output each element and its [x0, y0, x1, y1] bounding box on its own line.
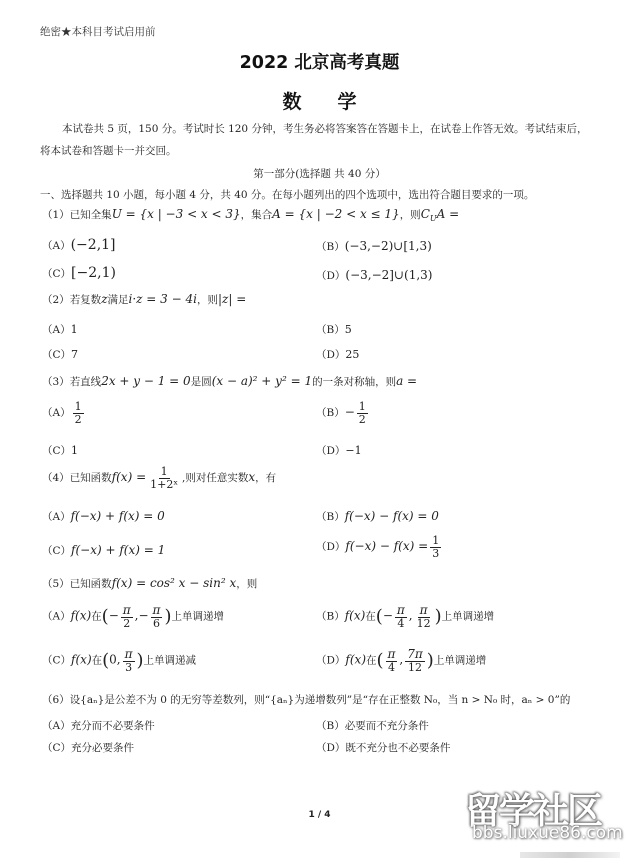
stem-text: 在: [366, 655, 377, 667]
option-text: (−2,1]: [71, 237, 116, 253]
instructions-line-1: 本试卷共 5 页，150 分。考试时长 120 分钟，考生务必将答案答在答题卡上…: [62, 121, 587, 136]
math-sign: −: [109, 609, 119, 623]
fraction: 12: [357, 401, 368, 425]
question-6-option-b: （B）必要而不充分条件: [316, 718, 429, 733]
question-3-option-b: （B）−12: [316, 401, 370, 425]
stem-text: 若复数: [70, 294, 102, 306]
option-label: （C）: [42, 445, 71, 457]
fraction: 13: [430, 535, 441, 559]
paren-open: (: [376, 606, 383, 627]
stem-text: 在: [91, 611, 102, 623]
numerator: 1: [73, 401, 84, 414]
fraction: π6: [151, 604, 163, 629]
option-label: （B）: [316, 241, 345, 253]
comma: ,: [409, 609, 413, 623]
numerator: 1: [430, 535, 441, 548]
option-label: （B）: [316, 720, 345, 732]
paren-close: ): [427, 650, 434, 671]
question-number: （5）: [42, 578, 70, 590]
question-number: （4）: [42, 472, 70, 484]
question-5-option-a: （A）f(x)在(−π2,−π6)上单调递增: [42, 604, 224, 629]
stem-text: 上单调递减: [144, 655, 197, 667]
option-label: （B）: [316, 407, 345, 419]
math-expression: f(x) =: [112, 470, 146, 484]
math-value: 0: [109, 653, 117, 667]
paren-close: ): [137, 650, 144, 671]
question-number: （2）: [42, 294, 70, 306]
question-number: （3）: [42, 376, 70, 388]
math-sign: −: [138, 609, 148, 623]
paren-open: (: [377, 650, 384, 671]
option-label: （A）: [42, 407, 71, 419]
comma: ,: [117, 653, 121, 667]
question-2-option-d: （D）25: [316, 347, 359, 362]
math-expression: C: [421, 207, 430, 221]
numerator: π: [151, 604, 163, 618]
option-label: （A）: [42, 324, 71, 336]
option-text: 7: [71, 348, 78, 361]
section-intro: 一、选择题共 10 小题，每小题 4 分，共 40 分。在每小题列出的四个选项中…: [40, 187, 534, 202]
option-label: （D）: [316, 541, 345, 553]
fraction: π4: [386, 648, 398, 673]
question-2-stem: （2）若复数z满足i·z = 3 − 4i，则|z| =: [42, 292, 246, 307]
numerator: π: [121, 604, 133, 618]
part-heading: 第一部分(选择题 共 40 分）: [0, 166, 639, 181]
option-label: （D）: [316, 349, 345, 361]
stem-text: 是圆: [191, 376, 212, 388]
denominator: 12: [415, 618, 433, 630]
option-label: （A）: [42, 240, 71, 252]
option-text: (−3,−2)∪[1,3): [345, 239, 432, 253]
question-6-option-a: （A）充分而不必要条件: [42, 718, 155, 733]
option-label: （D）: [316, 445, 345, 457]
stem-text: 在: [365, 611, 376, 623]
stem-text: 已知函数: [70, 578, 112, 590]
question-4-stem: （4）已知函数f(x) =11+2ˣ,则对任意实数x，有: [42, 466, 276, 490]
stem-text: ，有: [255, 472, 276, 484]
option-label: （C）: [42, 349, 71, 361]
numerator: π: [418, 604, 430, 618]
fraction: π12: [415, 604, 433, 629]
option-label: （B）: [316, 511, 345, 523]
fraction: π4: [395, 604, 407, 629]
math-sign: −: [383, 609, 393, 623]
option-text: f(−x) − f(x) = 0: [345, 509, 439, 523]
numerator: 1: [159, 466, 170, 479]
question-6-option-d: （D）既不充分也不必要条件: [316, 740, 450, 755]
option-text: f(−x) + f(x) = 0: [71, 509, 165, 523]
option-label: （C）: [42, 268, 71, 280]
math-expression: a =: [396, 374, 417, 388]
denominator: 3: [123, 662, 134, 674]
stem-text: 在: [92, 655, 103, 667]
math-expression: f(x): [71, 653, 92, 667]
subject-title: 数学: [0, 87, 639, 114]
option-label: （B）: [316, 324, 345, 336]
question-1-option-a: （A）(−2,1]: [42, 237, 116, 253]
math-expression: |z| =: [218, 292, 246, 306]
math-expression: 2x + y − 1 = 0: [101, 374, 191, 388]
stem-text: 已知函数: [70, 472, 112, 484]
denominator: 3: [430, 548, 441, 560]
question-4-option-c: （C）f(−x) + f(x) = 1: [42, 543, 165, 558]
stem-text: 已知全集: [70, 209, 112, 221]
paren-open: (: [102, 606, 109, 627]
numerator: π: [123, 648, 135, 662]
subject-char-2: 学: [338, 87, 357, 114]
stem-text: 上单调递增: [434, 655, 487, 667]
option-text: 5: [345, 323, 352, 336]
math-expression: f(x): [71, 609, 92, 623]
question-2-option-a: （A）1: [42, 322, 78, 337]
question-1-stem: （1）已知全集U = {x | −3 < x < 3}，集合A = {x | −…: [42, 207, 459, 223]
fraction: 12: [73, 401, 84, 425]
option-text: 必要而不充分条件: [345, 720, 429, 732]
fraction: 7π12: [405, 648, 425, 673]
instructions-line-2: 将本试卷和答题卡一并交回。: [40, 143, 177, 158]
question-4-option-a: （A）f(−x) + f(x) = 0: [42, 509, 165, 524]
stem-text: 上单调递增: [442, 611, 495, 623]
option-label: （B）: [316, 611, 345, 623]
denominator: 4: [386, 662, 397, 674]
denominator: 2: [121, 618, 132, 630]
watermark-url: bbs.liuxue86.com: [472, 823, 623, 843]
question-3-option-d: （D）−1: [316, 443, 362, 458]
math-subscript: U: [430, 214, 437, 223]
question-6-option-c: （C）充分必要条件: [42, 740, 134, 755]
option-label: （C）: [42, 655, 71, 667]
question-2-option-b: （B）5: [316, 322, 352, 337]
math-expression: f(x): [345, 653, 366, 667]
denominator: 4: [395, 618, 406, 630]
option-text: 充分而不必要条件: [71, 720, 155, 732]
math-expression: A =: [437, 207, 460, 221]
option-label: （A）: [42, 720, 71, 732]
fraction: π2: [121, 604, 133, 629]
numerator: 7π: [405, 648, 425, 662]
stem-text: ，则: [400, 209, 421, 221]
math-sign: −: [345, 405, 355, 419]
question-5-option-d: （D）f(x)在(π4,7π12)上单调递增: [316, 648, 486, 673]
denominator: 1+2ˣ: [148, 479, 180, 491]
question-number: （6）: [42, 694, 70, 706]
question-3-stem: （3）若直线2x + y − 1 = 0是圆(x − a)² + y² = 1的…: [42, 374, 417, 389]
question-number: （1）: [42, 209, 70, 221]
fraction: π3: [123, 648, 135, 673]
option-text: 充分必要条件: [71, 742, 134, 754]
stem-text: ，则: [197, 294, 218, 306]
math-expression: A = {x | −2 < x ≤ 1}: [272, 207, 400, 221]
question-1-option-d: （D）(−3,−2]∪(1,3): [316, 268, 432, 283]
question-4-option-b: （B）f(−x) − f(x) = 0: [316, 509, 439, 524]
question-3-option-a: （A）12: [42, 401, 86, 425]
paren-close: ): [435, 606, 442, 627]
question-3-option-c: （C）1: [42, 443, 78, 458]
question-1-option-c: （C）[−2,1): [42, 265, 116, 281]
math-expression: (x − a)² + y² = 1: [212, 374, 312, 388]
page-title: 2022 北京高考真题: [0, 49, 639, 74]
stem-text: 满足: [108, 294, 129, 306]
option-text: 25: [345, 348, 359, 361]
question-1-option-b: （B）(−3,−2)∪[1,3): [316, 239, 432, 254]
denominator: 6: [151, 618, 162, 630]
math-expression: f(x) = cos² x − sin² x: [112, 576, 237, 590]
option-label: （A）: [42, 511, 71, 523]
watermark-underline: [520, 852, 620, 858]
stem-text: ,则对任意实数: [182, 472, 248, 484]
math-expression: i·z = 3 − 4i: [129, 292, 197, 306]
numerator: π: [386, 648, 398, 662]
option-label: （C）: [42, 545, 71, 557]
option-label: （A）: [42, 611, 71, 623]
comma: ,: [399, 653, 403, 667]
option-text: 既不充分也不必要条件: [345, 742, 450, 754]
question-2-option-c: （C）7: [42, 347, 78, 362]
math-expression: U = {x | −3 < x < 3}: [112, 207, 241, 221]
option-label: （D）: [316, 742, 345, 754]
confidential-label: 绝密★本科目考试启用前: [40, 24, 156, 39]
option-text: −1: [345, 444, 361, 457]
numerator: π: [395, 604, 407, 618]
question-6-stem: （6）设{aₙ}是公差不为 0 的无穷等差数列，则“{aₙ}为递增数列”是“存在…: [42, 692, 570, 707]
option-text: f(−x) + f(x) = 1: [71, 543, 165, 557]
stem-text: ，集合: [241, 209, 273, 221]
question-5-option-b: （B）f(x)在(−π4,π12)上单调递增: [316, 604, 494, 629]
denominator: 2: [73, 414, 84, 426]
subject-char-1: 数: [282, 87, 301, 114]
fraction: 11+2ˣ: [148, 466, 180, 490]
option-label: （D）: [316, 655, 345, 667]
option-label: （D）: [316, 270, 345, 282]
stem-text: ，则: [236, 578, 257, 590]
option-label: （C）: [42, 742, 71, 754]
stem-text: 若直线: [70, 376, 102, 388]
question-5-option-c: （C）f(x)在(0,π3)上单调递减: [42, 648, 196, 673]
math-expression: f(x): [345, 609, 366, 623]
denominator: 2: [357, 414, 368, 426]
option-text: 1: [71, 323, 78, 336]
option-text: (−3,−2]∪(1,3): [345, 268, 432, 282]
stem-text: 上单调递增: [171, 611, 224, 623]
stem-text: 设{aₙ}是公差不为 0 的无穷等差数列，则“{aₙ}为递增数列”是“存在正整数…: [70, 694, 571, 706]
question-4-option-d: （D）f(−x) − f(x) =13: [316, 535, 443, 559]
numerator: 1: [357, 401, 368, 414]
denominator: 12: [406, 662, 424, 674]
option-text: f(−x) − f(x) =: [345, 539, 428, 553]
option-text: 1: [71, 444, 78, 457]
option-text: [−2,1): [71, 265, 116, 281]
stem-text: 的一条对称轴，则: [312, 376, 396, 388]
question-5-stem: （5）已知函数f(x) = cos² x − sin² x，则: [42, 576, 257, 591]
